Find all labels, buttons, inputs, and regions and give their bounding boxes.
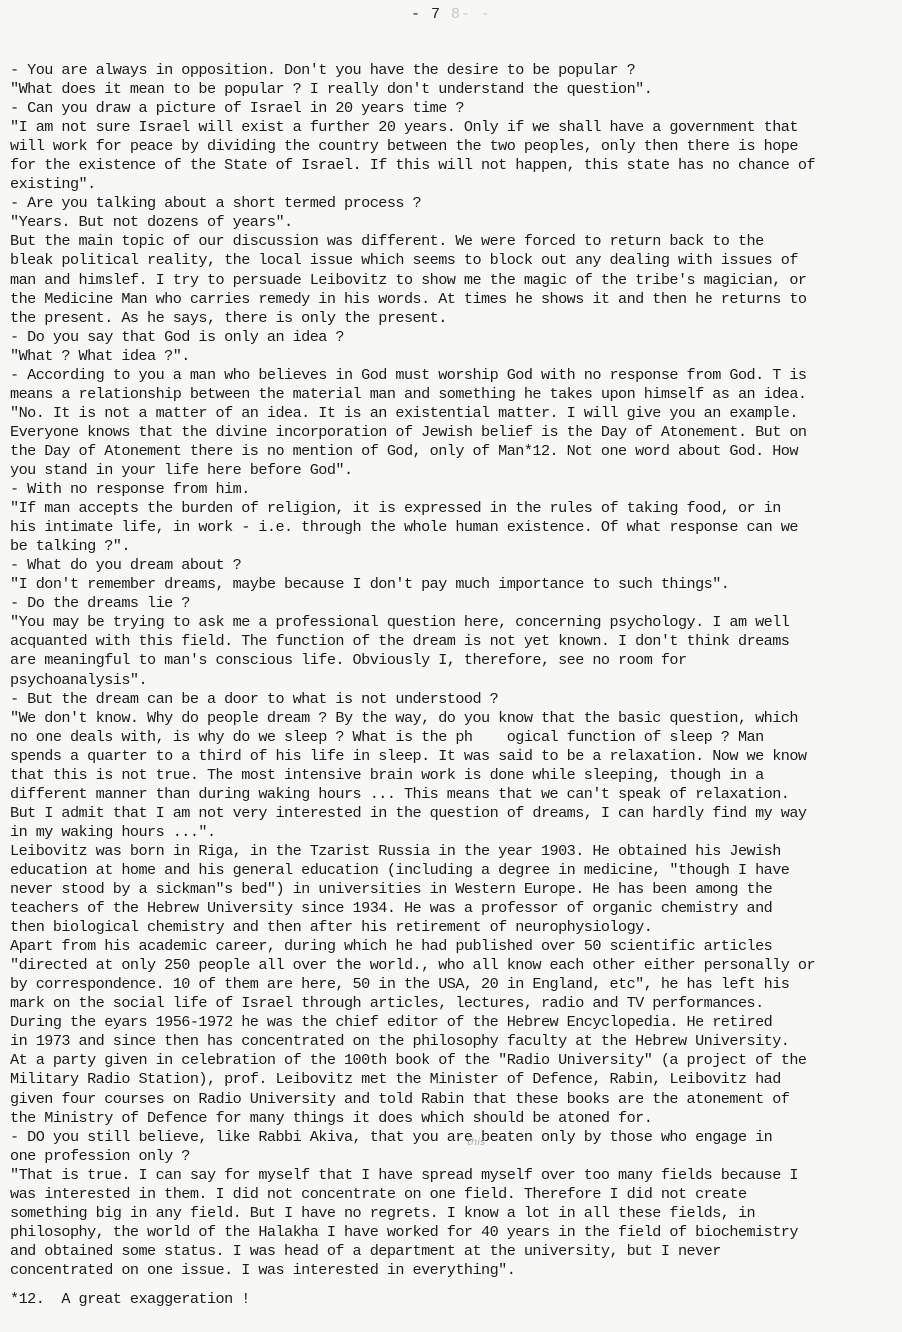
text-line: given four courses on Radio University a… bbox=[10, 1090, 900, 1109]
text-line: the Day of Atonement there is no mention… bbox=[10, 442, 900, 461]
text-line: never stood by a sickman"s bed") in univ… bbox=[10, 880, 900, 899]
text-line: in my waking hours ...". bbox=[10, 823, 900, 842]
text-line: acquanted with this field. The function … bbox=[10, 632, 900, 651]
text-line: existing". bbox=[10, 175, 900, 194]
text-line: - What do you dream about ? bbox=[10, 556, 900, 575]
text-line: the present. As he says, there is only t… bbox=[10, 309, 900, 328]
text-line: "No. It is not a matter of an idea. It i… bbox=[10, 404, 900, 423]
text-line: philosophy, the world of the Halakha I h… bbox=[10, 1223, 900, 1242]
text-line: no one deals with, is why do we sleep ? … bbox=[10, 728, 900, 747]
text-line: - DO you still believe, like Rabbi Akiva… bbox=[10, 1128, 900, 1147]
text-line: for the existence of the State of Israel… bbox=[10, 156, 900, 175]
text-line: - But the dream can be a door to what is… bbox=[10, 690, 900, 709]
text-line: different manner than during waking hour… bbox=[10, 785, 900, 804]
text-line: teachers of the Hebrew University since … bbox=[10, 899, 900, 918]
text-line: psychoanalysis". bbox=[10, 671, 900, 690]
text-line: Everyone knows that the divine incorpora… bbox=[10, 423, 900, 442]
text-line: - Are you talking about a short termed p… bbox=[10, 194, 900, 213]
text-line: will work for peace by dividing the coun… bbox=[10, 137, 900, 156]
text-line: During the eyars 1956-1972 he was the ch… bbox=[10, 1013, 900, 1032]
text-line: - You are always in opposition. Don't yo… bbox=[10, 61, 900, 80]
text-line: "What does it mean to be popular ? I rea… bbox=[10, 80, 900, 99]
text-line: Apart from his academic career, during w… bbox=[10, 937, 900, 956]
text-line: - According to you a man who believes in… bbox=[10, 366, 900, 385]
text-line: that this is not true. The most intensiv… bbox=[10, 766, 900, 785]
text-line: "Years. But not dozens of years". bbox=[10, 213, 900, 232]
text-line: are meaningful to man's conscious life. … bbox=[10, 651, 900, 670]
text-line: education at home and his general educat… bbox=[10, 861, 900, 880]
text-line: spends a quarter to a third of his life … bbox=[10, 747, 900, 766]
text-line: be talking ?". bbox=[10, 537, 900, 556]
text-line: means a relationship between the materia… bbox=[10, 385, 900, 404]
text-line: one profession only ? bbox=[10, 1147, 900, 1166]
text-line: you stand in your life here before God". bbox=[10, 461, 900, 480]
footnote: *12. A great exaggeration ! bbox=[10, 1290, 250, 1308]
text-line: by correspondence. 10 of them are here, … bbox=[10, 975, 900, 994]
text-line: concentrated on one issue. I was interes… bbox=[10, 1261, 900, 1280]
text-line: bleak political reality, the local issue… bbox=[10, 251, 900, 270]
text-line: "I don't remember dreams, maybe because … bbox=[10, 575, 900, 594]
handwritten-annotation: this bbox=[467, 1137, 485, 1148]
document-body: - You are always in opposition. Don't yo… bbox=[10, 61, 900, 1280]
text-line: "You may be trying to ask me a professio… bbox=[10, 613, 900, 632]
page-number-bleedthrough: 8- - bbox=[451, 6, 491, 23]
text-line: "If man accepts the burden of religion, … bbox=[10, 499, 900, 518]
text-line: But I admit that I am not very intereste… bbox=[10, 804, 900, 823]
text-line: Military Radio Station), prof. Leibovitz… bbox=[10, 1070, 900, 1089]
text-line: "What ? What idea ?". bbox=[10, 347, 900, 366]
text-line: the Medicine Man who carries remedy in h… bbox=[10, 290, 900, 309]
text-line: "We don't know. Why do people dream ? By… bbox=[10, 709, 900, 728]
text-line: Leibovitz was born in Riga, in the Tzari… bbox=[10, 842, 900, 861]
text-line: and obtained some status. I was head of … bbox=[10, 1242, 900, 1261]
text-line: At a party given in celebration of the 1… bbox=[10, 1051, 900, 1070]
text-line: the Ministry of Defence for many things … bbox=[10, 1109, 900, 1128]
text-line: was interested in them. I did not concen… bbox=[10, 1185, 900, 1204]
text-line: "directed at only 250 people all over th… bbox=[10, 956, 900, 975]
text-line: in 1973 and since then has concentrated … bbox=[10, 1032, 900, 1051]
text-line: something big in any field. But I have n… bbox=[10, 1204, 900, 1223]
text-line: - Do the dreams lie ? bbox=[10, 594, 900, 613]
text-line: man and himslef. I try to persuade Leibo… bbox=[10, 271, 900, 290]
text-line: - Can you draw a picture of Israel in 20… bbox=[10, 99, 900, 118]
text-line: - Do you say that God is only an idea ? bbox=[10, 328, 900, 347]
text-line: - With no response from him. bbox=[10, 480, 900, 499]
text-line: "I am not sure Israel will exist a furth… bbox=[10, 118, 900, 137]
text-line: "That is true. I can say for myself that… bbox=[10, 1166, 900, 1185]
text-line: mark on the social life of Israel throug… bbox=[10, 994, 900, 1013]
text-line: his intimate life, in work - i.e. throug… bbox=[10, 518, 900, 537]
page-number: - 7 8- - bbox=[0, 6, 902, 23]
page-number-value: - 7 bbox=[411, 6, 441, 23]
text-line: then biological chemistry and then after… bbox=[10, 918, 900, 937]
text-line: But the main topic of our discussion was… bbox=[10, 232, 900, 251]
